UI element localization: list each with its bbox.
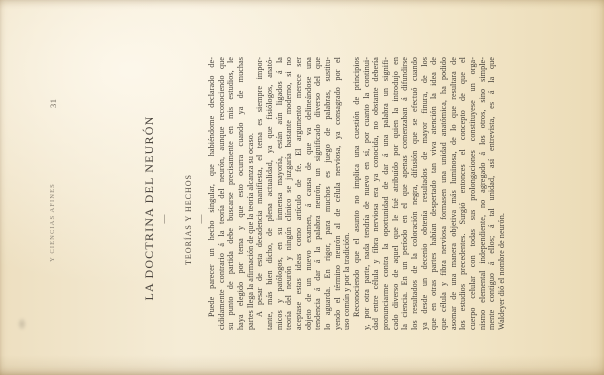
text-line: pronunciarme contra la oportunidad de da… xyxy=(381,57,391,330)
text-line: cado diverso de aquel que le fué atribuí… xyxy=(391,57,401,330)
text-line: partes llega la afirmación de que la teo… xyxy=(246,57,256,330)
subtitle-divider-dash: — xyxy=(197,63,205,375)
text-line: su punto de partida debe buscarse precis… xyxy=(226,57,236,330)
text-line: cuerpo celular con todas sus prolongacio… xyxy=(468,57,478,330)
text-line: que en otras partes habían despertado ta… xyxy=(429,57,439,330)
text-line: tendencia á dar á la palabra neurón, un … xyxy=(313,57,323,330)
text-line: y, por otra parte, nada tendría de nuevo… xyxy=(362,57,372,330)
text-line: asomar de una manera objetiva más lumino… xyxy=(449,57,459,330)
text-line: la ciencia. En un período en el que apen… xyxy=(400,57,410,330)
text-line: A pesar de esta decadencia manifiesta, e… xyxy=(255,57,265,330)
text-line: Puede parecer un hecho singular, que hab… xyxy=(207,57,217,330)
text-line: los estudios precedentes. Surgió entonce… xyxy=(458,57,468,330)
running-header: Y CIENCIAS AFINES xyxy=(49,70,56,375)
text-line: mente contiguo á ellos; á tal unidad, as… xyxy=(487,57,497,330)
body-text-block: Puede parecer un hecho singular, que hab… xyxy=(207,57,507,330)
text-line: dad entre célula y fibra nerviosa era ya… xyxy=(371,57,381,330)
scanned-page-surface: Y CIENCIAS AFINES 31 LA DOCTRINA DEL NEU… xyxy=(0,0,604,375)
text-line: nismo elemental independiente, no agrega… xyxy=(478,57,488,330)
text-line: teoría del neurón y ningún clínico se ju… xyxy=(284,57,294,330)
text-line: Waldeyer dió el nombre de neurón. xyxy=(497,57,507,330)
article-title: LA DOCTRINA DEL NEURÓN xyxy=(142,41,157,375)
text-line: que célula y fibra nerviosa formasen una… xyxy=(439,57,449,330)
text-line: lo aguarda. En rigor, para muchos es jue… xyxy=(323,57,333,330)
text-line: haya elegido por tema y que esto ocurra … xyxy=(236,57,246,330)
text-line: ya desde un decenio obtenía resultados d… xyxy=(420,57,430,330)
text-line: yendo el término neurón al de célula ner… xyxy=(333,57,343,330)
text-line: aceptase estas ideas como artículo de fe… xyxy=(294,57,304,330)
text-line: objeto de un nuevo examen, á causa de qu… xyxy=(304,57,314,330)
text-line: los resultados de la coloración negra, d… xyxy=(410,57,420,330)
text-line: micos y patólogos, en su inmensa mayoría… xyxy=(275,57,285,330)
text-line: tante, más bien dicho, de plena actualid… xyxy=(265,57,275,330)
article-subtitle: TEORÍAS Y HECHOS xyxy=(184,64,193,375)
page-number: 31 xyxy=(48,99,58,109)
book-page: Y CIENCIAS AFINES 31 LA DOCTRINA DEL NEU… xyxy=(0,0,604,375)
text-line: Reconociendo que el asunto no implica un… xyxy=(352,57,362,330)
title-divider-dash: — xyxy=(160,63,168,375)
ink-smudge xyxy=(17,317,27,331)
text-line: cididamente contrario á la teoría del ne… xyxy=(217,57,227,330)
text-line: uso común y por la tradición. xyxy=(342,57,352,330)
